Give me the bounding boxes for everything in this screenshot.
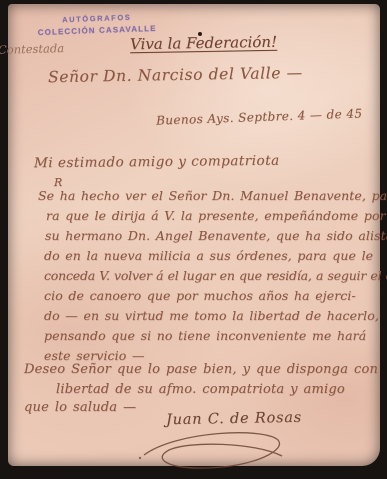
body-line-6: cio de canoero que por muchos años ha ej… <box>44 288 356 303</box>
body-line-2: ra que le dirija á V. la presente, empeñ… <box>46 208 386 223</box>
letter-paper: AUTÓGRAFOS COLECCIÓN CASAVALLE Contestad… <box>8 4 380 466</box>
body-line-4: do en la nueva milicia a sus órdenes, pa… <box>44 248 373 263</box>
closing-line-2: libertad de su afmo. compatriota y amigo <box>56 382 345 397</box>
body-line-3: su hermano Dn. Angel Benavente, que ha s… <box>45 228 387 243</box>
body-line-5: conceda V. volver á el lugar en que resi… <box>44 268 387 283</box>
archivist-annotation: Contestada <box>0 41 64 57</box>
salutation-line: Mi estimado amigo y compatriota <box>34 153 280 172</box>
body-line-1: Se ha hecho ver el Señor Dn. Manuel Bena… <box>38 188 387 203</box>
date-line: Buenos Ays. Septbre. 4 — de 45 <box>156 106 363 127</box>
closing-line-3: que lo saluda — <box>24 400 136 415</box>
signature-rubric <box>136 427 286 473</box>
body-line-7: do — en su virtud me tomo la libertad de… <box>44 308 379 323</box>
collection-stamp: AUTÓGRAFOS COLECCIÓN CASAVALLE <box>32 12 163 38</box>
addressee-line: Señor Dn. Narciso del Valle — <box>48 64 303 86</box>
closing-line-1: Deseo Señor que lo pase bien, y que disp… <box>24 362 378 377</box>
letter-photo: AUTÓGRAFOS COLECCIÓN CASAVALLE Contestad… <box>0 0 387 479</box>
body-line-9: este servicio — <box>44 348 145 363</box>
body-line-8: pensando que si no tiene inconveniente m… <box>44 328 366 343</box>
signature: Juan C. de Rosas <box>166 410 302 428</box>
stamp-line-1: AUTÓGRAFOS <box>32 12 162 26</box>
ink-blot <box>198 32 202 36</box>
letter-heading: Viva la Federación! <box>130 33 277 54</box>
